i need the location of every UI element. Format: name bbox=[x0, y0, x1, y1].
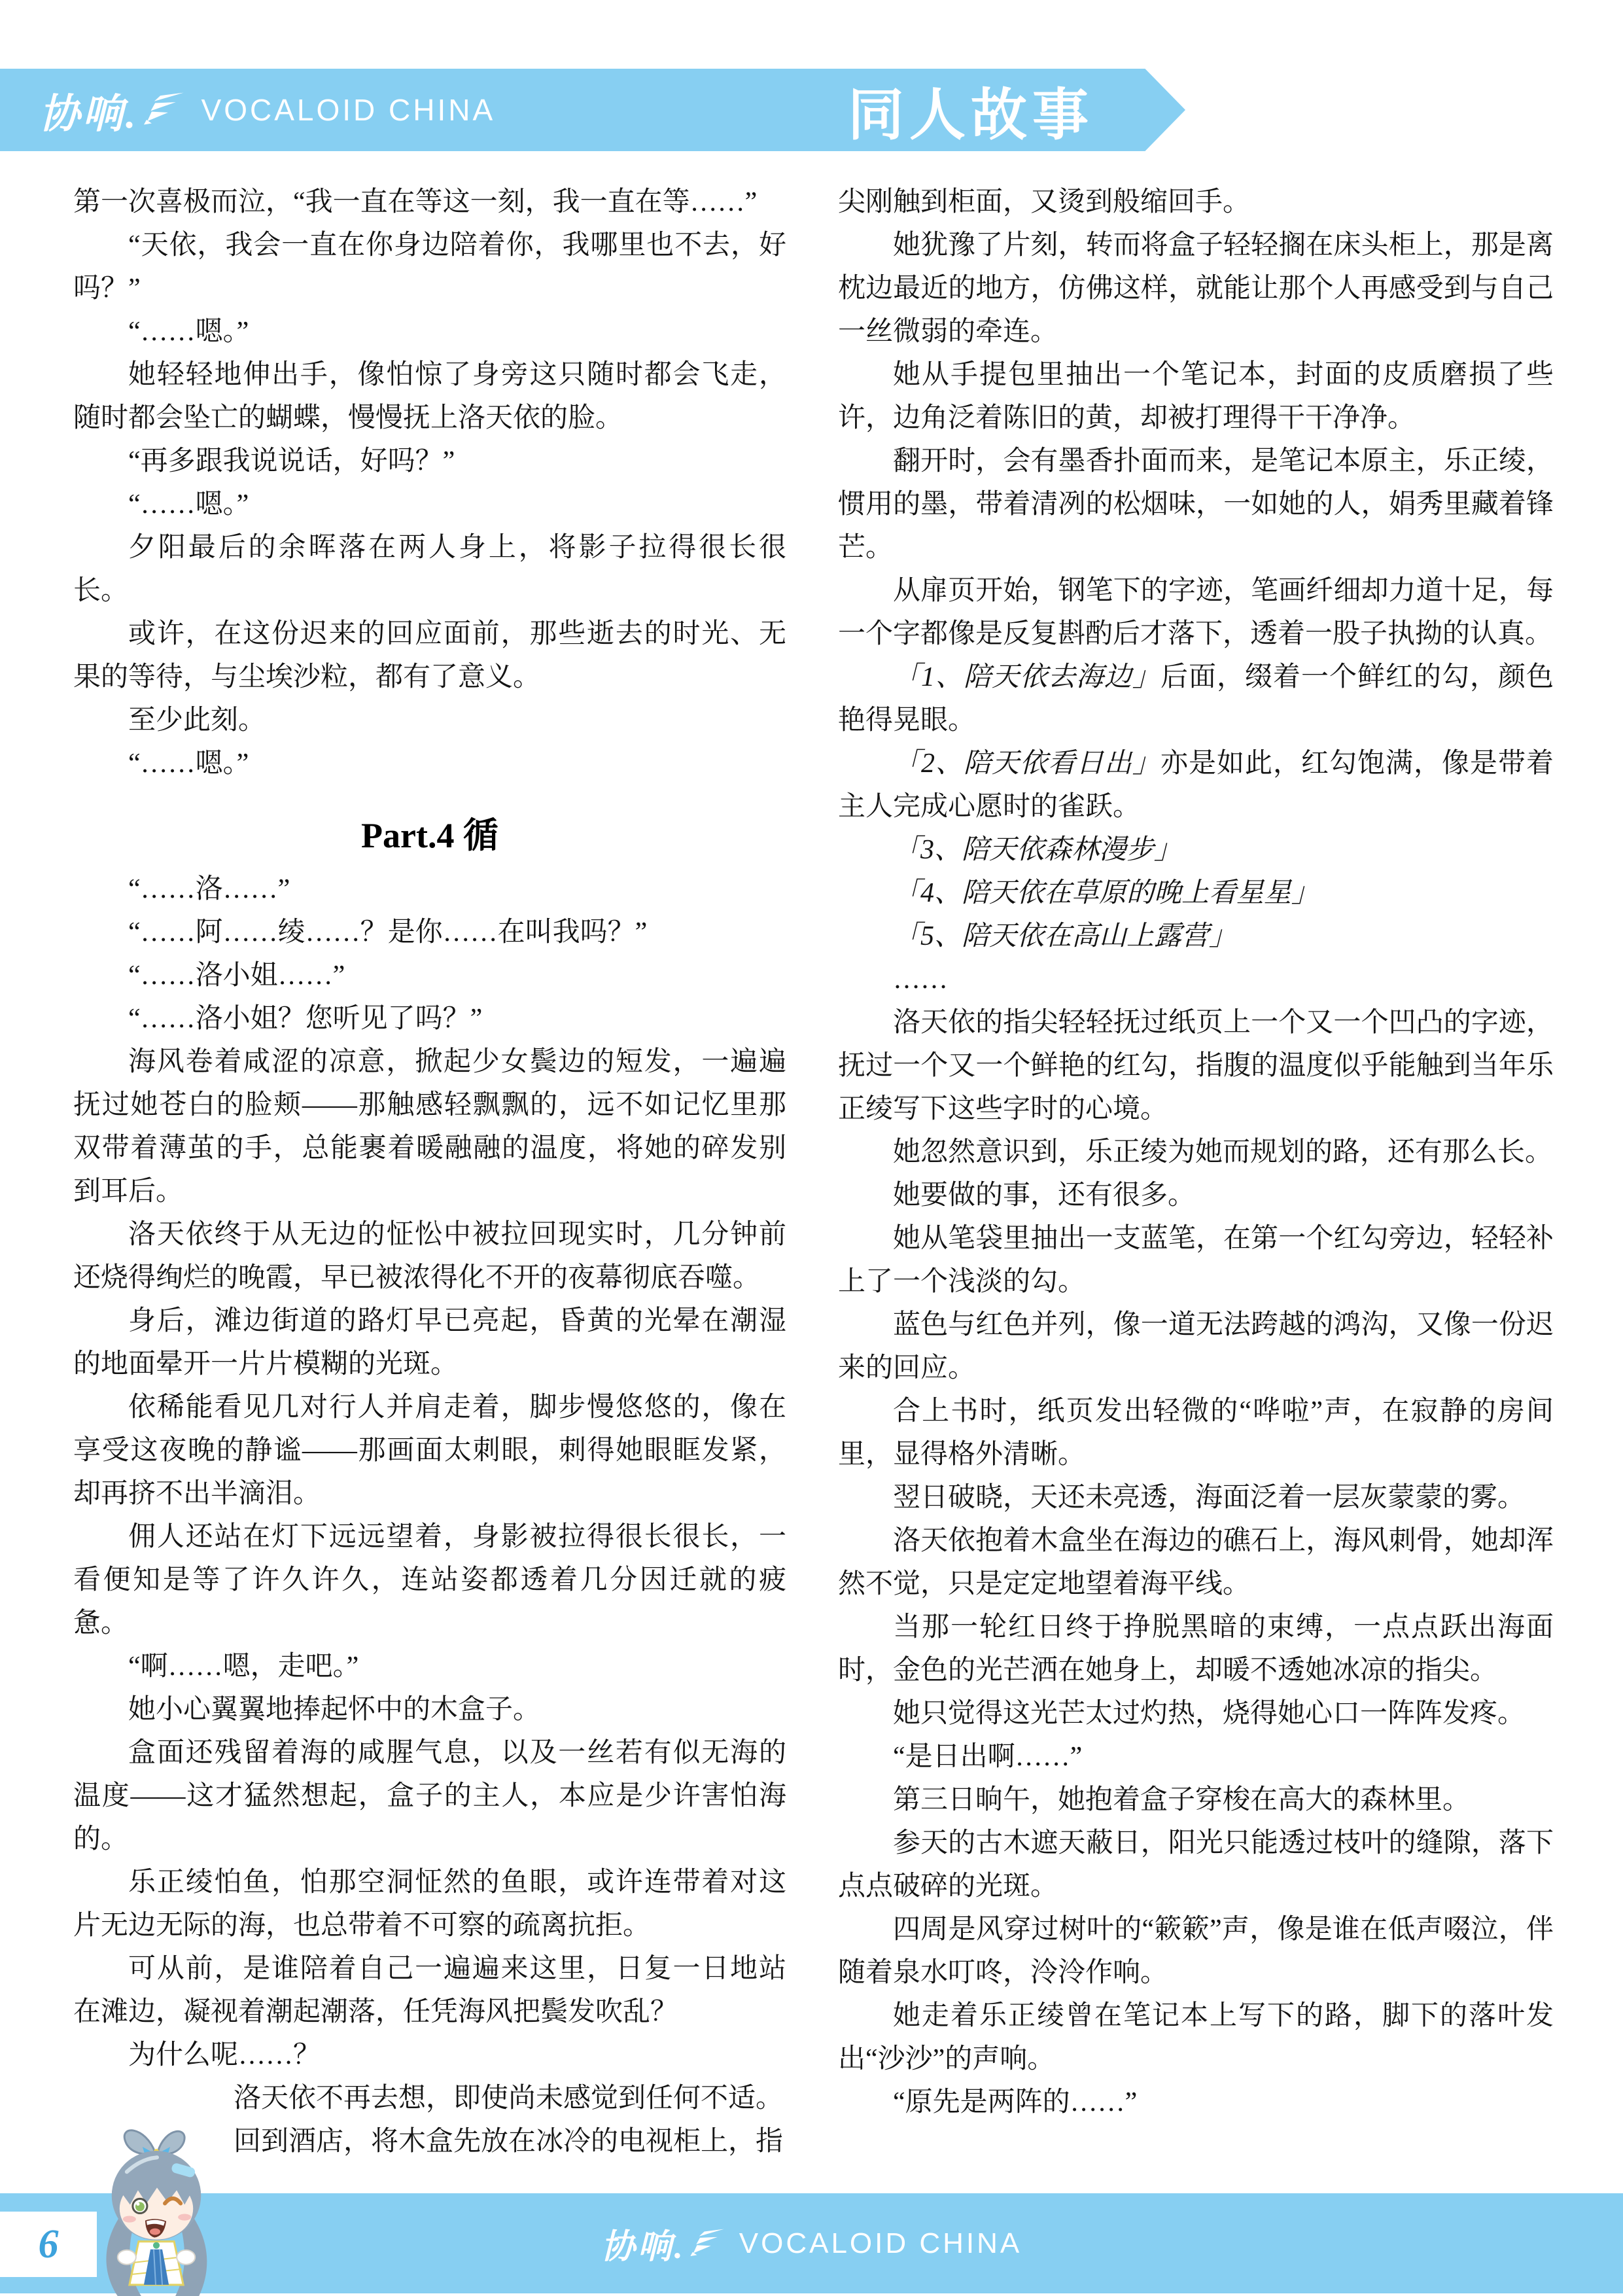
paragraph: “……洛小姐……” bbox=[73, 954, 786, 997]
paragraph: 海风卷着咸涩的凉意，掀起少女鬓边的短发，一遍遍抚过她苍白的脸颊——那触感轻飘飘的… bbox=[73, 1040, 786, 1213]
paragraph: 夕阳最后的余晖落在两人身上，将影子拉得很长很长。 bbox=[73, 526, 786, 612]
paragraph: 四周是风穿过树叶的“簌簌”声，像是谁在低声啜泣，伴随着泉水叮咚，泠泠作响。 bbox=[838, 1908, 1554, 1994]
paragraph: 她忽然意识到，乐正绫为她而规划的路，还有那么长。 bbox=[838, 1131, 1554, 1174]
xiexiang-logo-text: 协响. bbox=[39, 81, 139, 139]
paragraph: 翌日破晓，天还未亮透，海面泛着一层灰蒙蒙的雾。 bbox=[838, 1476, 1554, 1519]
footer-banner: 6 协响. VOCALOID CHINA bbox=[0, 2193, 1623, 2293]
paragraph: 当那一轮红日终于挣脱黑暗的束缚，一点点跃出海面时，金色的光芒洒在她身上，却暖不透… bbox=[838, 1606, 1554, 1692]
paragraph: 洛天依抱着木盒坐在海边的礁石上，海风刺骨，她却浑然不觉，只是定定地望着海平线。 bbox=[838, 1519, 1554, 1606]
paragraph: 身后，滩边街道的路灯早已亮起，昏黄的光晕在潮湿的地面晕开一片片模糊的光斑。 bbox=[73, 1299, 786, 1386]
paragraph: “……阿……绫……？是你……在叫我吗？” bbox=[73, 911, 786, 954]
header-logo: 协响. VOCALOID CHINA bbox=[39, 69, 495, 151]
paragraph: “……洛小姐？您听见了吗？” bbox=[73, 997, 786, 1040]
paragraph: 尖刚触到柜面，又烫到般缩回手。 bbox=[838, 181, 1554, 224]
footer-logo: 协响. VOCALOID CHINA bbox=[0, 2193, 1623, 2293]
paragraph: “原先是两阵的……” bbox=[838, 2081, 1554, 2124]
paragraph: “啊……嗯，走吧。” bbox=[73, 1645, 786, 1688]
paragraph: 或许，在这份迟来的回应面前，那些逝去的时光、无果的等待，与尘埃沙粒，都有了意义。 bbox=[73, 612, 786, 699]
paragraph: 佣人还站在灯下远远望着，身影被拉得很长很长，一看便知是等了许久许久，连站姿都透着… bbox=[73, 1515, 786, 1645]
xiexiang-logo-text: 协响. bbox=[601, 2219, 686, 2268]
paragraph: 依稀能看见几对行人并肩走着，脚步慢悠悠的，像在享受这夜晚的静谧——那画面太刺眼，… bbox=[73, 1386, 786, 1515]
paragraph: “……嗯。” bbox=[73, 310, 786, 353]
section-heading: Part.4 循 bbox=[73, 815, 786, 856]
paragraph: 她从笔袋里抽出一支蓝笔，在第一个红勾旁边，轻轻补上了一个浅淡的勾。 bbox=[838, 1217, 1554, 1303]
paragraph: 参天的古木遮天蔽日，阳光只能透过枝叶的缝隙，落下点点破碎的光斑。 bbox=[838, 1822, 1554, 1908]
paragraph: 乐正绫怕鱼，怕那空洞怔然的鱼眼，或许连带着对这片无边无际的海，也总带着不可察的疏… bbox=[73, 1861, 786, 1947]
header-banner: 协响. VOCALOID CHINA 同人故事 bbox=[0, 69, 1185, 151]
paragraph: 她要做的事，还有很多。 bbox=[838, 1174, 1554, 1217]
paragraph: 「2、陪天依看日出」亦是如此，红勾饱满，像是带着主人完成心愿时的雀跃。 bbox=[838, 742, 1554, 828]
paragraph: “再多跟我说说话，好吗？” bbox=[73, 440, 786, 483]
paragraph: “是日出啊……” bbox=[838, 1735, 1554, 1778]
paragraph: 第一次喜极而泣，“我一直在等这一刻，我一直在等……” bbox=[73, 181, 786, 224]
footer-brand-text: VOCALOID CHINA bbox=[739, 2227, 1022, 2260]
paragraph: 从扉页开始，钢笔下的字迹，笔画纤细却力道十足，每一个字都像是反复斟酌后才落下，透… bbox=[838, 569, 1554, 656]
paragraph: 第三日晌午，她抱着盒子穿梭在高大的森林里。 bbox=[838, 1778, 1554, 1822]
paragraph: “天依，我会一直在你身边陪着你，我哪里也不去，好吗？” bbox=[73, 224, 786, 310]
paragraph: 她小心翼翼地捧起怀中的木盒子。 bbox=[73, 1688, 786, 1731]
wing-icon bbox=[688, 2229, 725, 2259]
paragraph: 合上书时，纸页发出轻微的“哗啦”声，在寂静的房间里，显得格外清晰。 bbox=[838, 1390, 1554, 1476]
paragraph: 至少此刻。 bbox=[73, 699, 786, 742]
paragraph: 蓝色与红色并列，像一道无法跨越的鸿沟，又像一份迟来的回应。 bbox=[838, 1303, 1554, 1390]
luo-tianyi-mascot bbox=[87, 2122, 226, 2296]
paragraph: 盒面还残留着海的咸腥气息，以及一丝若有似无海的温度——这才猛然想起，盒子的主人，… bbox=[73, 1731, 786, 1861]
paragraph: 翻开时，会有墨香扑面而来，是笔记本原主，乐正绫，惯用的墨，带着清冽的松烟味，一如… bbox=[838, 440, 1554, 569]
paragraph: 她只觉得这光芒太过灼热，烧得她心口一阵阵发疼。 bbox=[838, 1692, 1554, 1735]
paragraph: 为什么呢……？ bbox=[73, 2034, 786, 2077]
paragraph: “……嗯。” bbox=[73, 742, 786, 785]
wing-icon bbox=[141, 92, 184, 128]
header-brand-text: VOCALOID CHINA bbox=[201, 92, 496, 128]
paragraph: 「4、陪天依在草原的晚上看星星」 bbox=[838, 872, 1554, 915]
paragraph: 她从手提包里抽出一个笔记本，封面的皮质磨损了些许，边角泛着陈旧的黄，却被打理得干… bbox=[838, 353, 1554, 440]
paragraph: 洛天依终于从无边的怔忪中被拉回现实时，几分钟前还烧得绚烂的晚霞，早已被浓得化不开… bbox=[73, 1213, 786, 1299]
paragraph: 回到酒店，将木盒先放在冰冷的电视柜上，指 bbox=[234, 2120, 786, 2163]
paragraph: 她走着乐正绫曾在笔记本上写下的路，脚下的落叶发出“沙沙”的声响。 bbox=[838, 1994, 1554, 2081]
right-column: 尖刚触到柜面，又烫到般缩回手。她犹豫了片刻，转而将盒子轻轻搁在床头柜上，那是离枕… bbox=[838, 181, 1554, 2124]
paragraph: 「1、陪天依去海边」后面，缀着一个鲜红的勾，颜色艳得晃眼。 bbox=[838, 656, 1554, 742]
paragraph: 洛天依不再去想，即使尚未感觉到任何不适。 bbox=[234, 2077, 786, 2120]
paragraph: 她犹豫了片刻，转而将盒子轻轻搁在床头柜上，那是离枕边最近的地方，仿佛这样，就能让… bbox=[838, 224, 1554, 353]
paragraph: …… bbox=[838, 958, 1554, 1001]
paragraph: 她轻轻地伸出手，像怕惊了身旁这只随时都会飞走，随时都会坠亡的蝴蝶，慢慢抚上洛天依… bbox=[73, 353, 786, 440]
paragraph: 「3、陪天依森林漫步」 bbox=[838, 828, 1554, 872]
left-column: 第一次喜极而泣，“我一直在等这一刻，我一直在等……”“天依，我会一直在你身边陪着… bbox=[73, 181, 786, 2163]
paragraph: 可从前，是谁陪着自己一遍遍来这里，日复一日地站在滩边，凝视着潮起潮落，任凭海风把… bbox=[73, 1947, 786, 2034]
paragraph: “……嗯。” bbox=[73, 483, 786, 526]
section-title: 同人故事 bbox=[848, 69, 1094, 151]
paragraph: 洛天依的指尖轻轻抚过纸页上一个又一个凹凸的字迹，抚过一个又一个鲜艳的红勾，指腹的… bbox=[838, 1001, 1554, 1131]
paragraph: “……洛……” bbox=[73, 868, 786, 911]
chibi-character-icon bbox=[87, 2122, 226, 2296]
paragraph: 「5、陪天依在高山上露营」 bbox=[838, 915, 1554, 958]
